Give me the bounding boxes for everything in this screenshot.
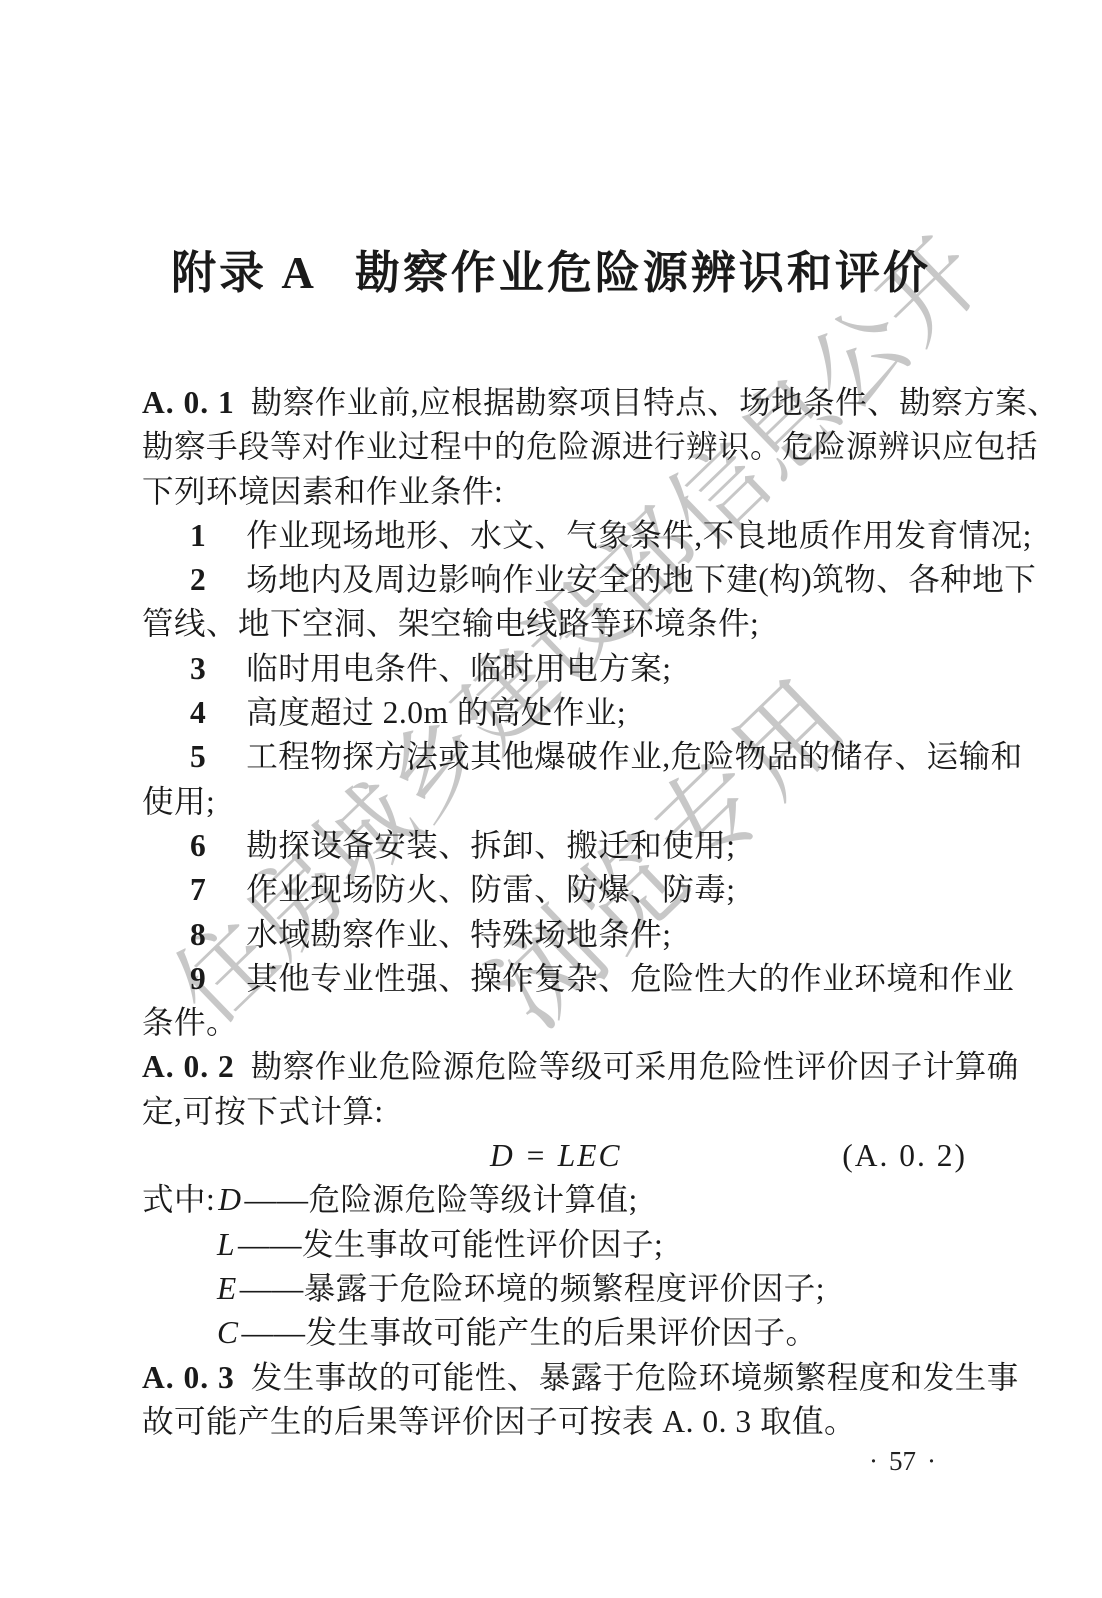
item-number: 9 [190, 961, 206, 996]
title-appendix-label: 附录 A [171, 248, 317, 298]
paragraph-a01-line2: 勘察手段等对作业过程中的危险源进行辨识。危险源辨识应包括 [142, 425, 1030, 469]
paragraph-a01-line3: 下列环境因素和作业条件: [142, 470, 1030, 514]
paragraph-a02-line1: A. 0. 2勘察作业危险源危险等级可采用危险性评价因子计算确 [142, 1045, 1030, 1089]
definition-text: 发生事故可能性评价因子; [302, 1227, 663, 1262]
definition-dash: —— [245, 1182, 309, 1217]
symbol-e: E [214, 1271, 240, 1306]
list-item-5: 5工程物探方法或其他爆破作业,危险物品的储存、运输和 [142, 735, 1030, 779]
definition-l: L——发生事故可能性评价因子; [142, 1223, 1030, 1267]
formula-line: D = LEC (A. 0. 2) [142, 1134, 1030, 1178]
paragraph-a03-line1: A. 0. 3发生事故的可能性、暴露于危险环境频繁程度和发生事 [142, 1356, 1030, 1400]
title-text: 勘察作业危险源辨识和评价 [355, 248, 931, 298]
page-number-bullet-right: · [916, 1446, 947, 1477]
definition-dash: —— [240, 1271, 304, 1306]
item-text: 勘探设备安装、拆卸、搬迁和使用; [246, 828, 735, 863]
paragraph-text: 勘察作业前,应根据勘察项目特点、场地条件、勘察方案、 [251, 385, 1059, 420]
definition-dash: —— [238, 1227, 302, 1262]
item-text: 场地内及周边影响作业安全的地下建(构)筑物、各种地下 [246, 562, 1036, 597]
symbol-l: L [214, 1227, 238, 1262]
list-item-1: 1作业现场地形、水文、气象条件,不良地质作用发育情况; [142, 514, 1030, 558]
list-item-9-continuation: 条件。 [142, 1001, 1030, 1045]
clause-label-a01: A. 0. 1 [142, 385, 235, 420]
definition-d: 式中:D——危险源危险等级计算值; [142, 1178, 1030, 1222]
paragraph-a01-line1: A. 0. 1勘察作业前,应根据勘察项目特点、场地条件、勘察方案、 [142, 381, 1030, 425]
item-text: 作业现场防火、防雷、防爆、防毒; [246, 872, 735, 907]
clause-label-a03: A. 0. 3 [142, 1360, 235, 1395]
definition-e: E——暴露于危险环境的频繁程度评价因子; [142, 1267, 1030, 1311]
list-item-9: 9其他专业性强、操作复杂、危险性大的作业环境和作业 [142, 957, 1030, 1001]
item-number: 6 [190, 828, 206, 863]
list-item-5-continuation: 使用; [142, 780, 1030, 824]
definition-text: 发生事故可能产生的后果评价因子。 [306, 1315, 818, 1350]
paragraph-text: 发生事故的可能性、暴露于危险环境频繁程度和发生事 [251, 1360, 1019, 1395]
page-number-value: 57 [889, 1446, 916, 1477]
page-number: ·57· [858, 1446, 947, 1477]
paragraph-a03-line2: 故可能产生的后果等评价因子可按表 A. 0. 3 取值。 [142, 1400, 1030, 1444]
list-item-3: 3临时用电条件、临时用电方案; [142, 647, 1030, 691]
item-text: 临时用电条件、临时用电方案; [246, 651, 671, 686]
item-number: 2 [190, 562, 206, 597]
formula-number: (A. 0. 2) [842, 1134, 967, 1178]
paragraph-a02-line2: 定,可按下式计算: [142, 1090, 1030, 1134]
document-body: A. 0. 1勘察作业前,应根据勘察项目特点、场地条件、勘察方案、 勘察手段等对… [142, 381, 1030, 1444]
item-text: 高度超过 2.0m 的高处作业; [246, 695, 626, 730]
paragraph-text: 勘察作业危险源危险等级可采用危险性评价因子计算确 [251, 1049, 1019, 1084]
definition-intro: 式中: [142, 1182, 215, 1217]
symbol-d: D [215, 1182, 244, 1217]
item-number: 3 [190, 651, 206, 686]
page-title: 附录 A勘察作业危险源辨识和评价 [0, 246, 1102, 300]
formula-equation: D = LEC [490, 1134, 622, 1178]
document-page: 住房城乡建设部信息公开 浏览专用 附录 A勘察作业危险源辨识和评价 A. 0. … [0, 0, 1102, 1598]
list-item-8: 8水域勘察作业、特殊场地条件; [142, 913, 1030, 957]
page-number-bullet-left: · [858, 1446, 889, 1477]
list-item-2: 2场地内及周边影响作业安全的地下建(构)筑物、各种地下 [142, 558, 1030, 602]
definition-c: C——发生事故可能产生的后果评价因子。 [142, 1311, 1030, 1355]
list-item-4: 4高度超过 2.0m 的高处作业; [142, 691, 1030, 735]
definition-text: 暴露于危险环境的频繁程度评价因子; [304, 1271, 825, 1306]
list-item-7: 7作业现场防火、防雷、防爆、防毒; [142, 868, 1030, 912]
clause-label-a02: A. 0. 2 [142, 1049, 235, 1084]
item-text: 其他专业性强、操作复杂、危险性大的作业环境和作业 [246, 961, 1014, 996]
item-number: 7 [190, 872, 206, 907]
item-text: 工程物探方法或其他爆破作业,危险物品的储存、运输和 [246, 739, 1022, 774]
symbol-c: C [214, 1315, 242, 1350]
item-text: 作业现场地形、水文、气象条件,不良地质作用发育情况; [246, 518, 1032, 553]
item-number: 5 [190, 739, 206, 774]
list-item-2-continuation: 管线、地下空洞、架空输电线路等环境条件; [142, 602, 1030, 646]
definition-dash: —— [242, 1315, 306, 1350]
list-item-6: 6勘探设备安装、拆卸、搬迁和使用; [142, 824, 1030, 868]
item-text: 水域勘察作业、特殊场地条件; [246, 917, 671, 952]
item-number: 1 [190, 518, 206, 553]
definition-text: 危险源危险等级计算值; [309, 1182, 638, 1217]
item-number: 8 [190, 917, 206, 952]
item-number: 4 [190, 695, 206, 730]
